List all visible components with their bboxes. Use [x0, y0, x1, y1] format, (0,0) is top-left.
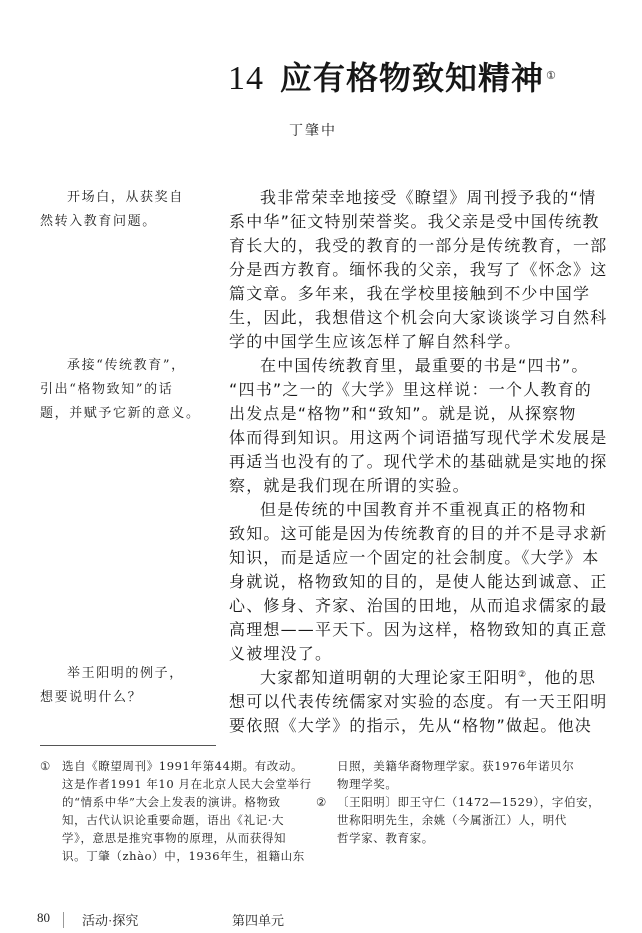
body-line: 篇文章。多年来，我在学校里接触到不少中国学	[229, 282, 579, 306]
body-line: 察，就是我们现在所谓的实验。	[229, 474, 579, 498]
footnote-2: ②〔王阳明〕即王守仁（1472—1529），字伯安， 世称阳明先生，余姚（今属浙…	[316, 793, 626, 847]
footnote-line: ①选自《瞭望周刊》1991年第44期。有改动。	[40, 757, 310, 775]
body-line: 系中华”征文特别荣誉奖。我父亲是受中国传统教	[229, 210, 579, 234]
margin-note-1: 开场白，从获奖自 然转入教育问题。	[40, 186, 200, 234]
footnote-ref-2[interactable]: ②	[518, 670, 527, 680]
footnote-line: 哲学家、教育家。	[316, 829, 626, 847]
body-line: 体而得到知识。用这两个词语描写现代学术发展是	[229, 426, 579, 450]
body-line: 在中国传统教育里，最重要的书是“四书”。	[229, 354, 579, 378]
body-line: 致知。这可能是因为传统教育的目的并不是寻求新	[229, 522, 579, 546]
body-line: 生，因此，我想借这个机会向大家谈谈学习自然科	[229, 306, 579, 330]
margin-note-line: 承接“传统教育”，	[40, 354, 200, 378]
margin-note-2: 承接“传统教育”， 引出“格物致知”的话 题，并赋予它新的意义。	[40, 354, 200, 426]
page-number: 80	[37, 910, 50, 926]
footnote-line: ②〔王阳明〕即王守仁（1472—1529），字伯安，	[316, 793, 626, 811]
lesson-number: 14	[228, 60, 264, 97]
footnote-line: 的“情系中华”大会上发表的演讲。格物致	[40, 793, 310, 811]
body-line: 学的中国学生应该怎样了解自然科学。	[229, 330, 579, 354]
paragraph-4: 大家都知道明朝的大理论家王阳明②，他的思 想可以代表传统儒家对实验的态度。有一天…	[229, 666, 579, 738]
body-line: 但是传统的中国教育并不重视真正的格物和	[229, 498, 579, 522]
footnote-1: ①选自《瞭望周刊》1991年第44期。有改动。 这是作者1991 年10 月在北…	[40, 757, 310, 865]
footnote-line: 日照，美籍华裔物理学家。获1976年诺贝尔	[337, 757, 627, 775]
footnote-line: 世称阳明先生，余姚（今属浙江）人，明代	[316, 811, 626, 829]
body-line: 大家都知道明朝的大理论家王阳明②，他的思	[229, 666, 579, 690]
footnote-mark: ②	[316, 793, 337, 811]
body-line: 知识，而是适应一个固定的社会制度。《大学》本	[229, 546, 579, 570]
body-text-span: 大家都知道明朝的大理论家王阳明	[260, 668, 518, 687]
body-line: 育长大的，我受的教育的一部分是传统教育，一部	[229, 234, 579, 258]
lesson-title: 14应有格物致知精神①	[228, 58, 557, 99]
paragraph-3: 但是传统的中国教育并不重视真正的格物和 致知。这可能是因为传统教育的目的并不是寻…	[229, 498, 579, 666]
body-line: 义被埋没了。	[229, 642, 579, 666]
body-line: 身就说，格物致知的目的，是使人能达到诚意、正	[229, 570, 579, 594]
margin-note-line: 开场白，从获奖自	[40, 186, 200, 210]
footnote-1-continued: 日照，美籍华裔物理学家。获1976年诺贝尔 物理学奖。	[337, 757, 627, 793]
footnote-line: 学》，意思是推究事物的原理，从而获得知	[40, 829, 310, 847]
footnote-text: 〔王阳明〕即王守仁（1472—1529），字伯安，	[337, 795, 600, 809]
footer-section: 活动·探究	[82, 910, 138, 929]
footnote-line: 物理学奖。	[337, 775, 627, 793]
footnote-line: 识。丁肇（zhào）中，1936年生，祖籍山东	[40, 847, 310, 865]
body-line: 出发点是“格物”和“致知”。就是说，从探察物	[229, 402, 579, 426]
margin-note-line: 题，并赋予它新的意义。	[40, 402, 200, 426]
footnote-line: 这是作者1991 年10 月在北京人民大会堂举行	[40, 775, 310, 793]
body-line: 我非常荣幸地接受《瞭望》周刊授予我的“情	[229, 186, 579, 210]
body-line: 想可以代表传统儒家对实验的态度。有一天王阳明	[229, 690, 579, 714]
footer-unit: 第四单元	[232, 910, 284, 929]
footnote-mark: ①	[40, 757, 62, 775]
body-line: 高理想——平天下。因为这样，格物致知的真正意	[229, 618, 579, 642]
footnote-text: 选自《瞭望周刊》1991年第44期。有改动。	[62, 759, 303, 773]
margin-note-3: 举王阳明的例子， 想要说明什么？	[40, 662, 200, 710]
body-line: 要依照《大学》的指示，先从“格物”做起。他决	[229, 714, 579, 738]
body-line: “四书”之一的《大学》里这样说：一个人教育的	[229, 378, 579, 402]
title-footnote-mark[interactable]: ①	[546, 69, 557, 82]
lesson-title-text: 应有格物致知精神	[280, 59, 544, 97]
footnote-divider	[40, 745, 216, 746]
paragraph-2: 在中国传统教育里，最重要的书是“四书”。 “四书”之一的《大学》里这样说：一个人…	[229, 354, 579, 498]
margin-note-line: 引出“格物致知”的话	[40, 378, 200, 402]
margin-note-line: 举王阳明的例子，	[40, 662, 200, 686]
paragraph-1: 我非常荣幸地接受《瞭望》周刊授予我的“情 系中华”征文特别荣誉奖。我父亲是受中国…	[229, 186, 579, 354]
body-text-span: ，他的思	[527, 668, 596, 687]
footer-separator	[63, 912, 64, 928]
margin-note-line: 想要说明什么？	[40, 686, 200, 710]
body-line: 再适当也没有的了。现代学术的基础就是实地的探	[229, 450, 579, 474]
footnote-line: 知，古代认识论重要命题，语出《礼记·大	[40, 811, 310, 829]
body-line: 分是西方教育。缅怀我的父亲，我写了《怀念》这	[229, 258, 579, 282]
author-name: 丁肇中	[289, 120, 337, 140]
body-line: 心、修身、齐家、治国的田地，从而追求儒家的最	[229, 594, 579, 618]
margin-note-line: 然转入教育问题。	[40, 210, 200, 234]
